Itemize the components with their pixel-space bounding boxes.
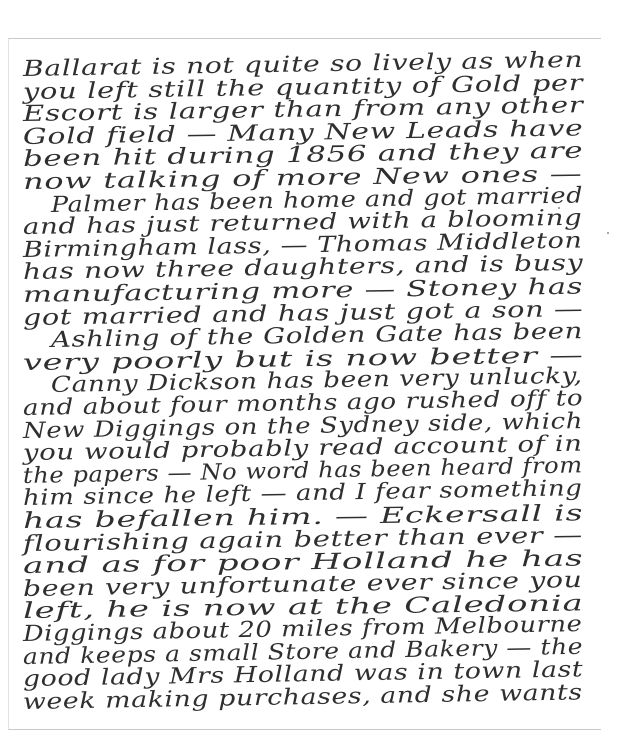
letter-page: Ballarat is not quite so lively as wheny… <box>8 38 601 730</box>
scan-speck <box>558 207 560 209</box>
scan-speck <box>607 232 609 234</box>
